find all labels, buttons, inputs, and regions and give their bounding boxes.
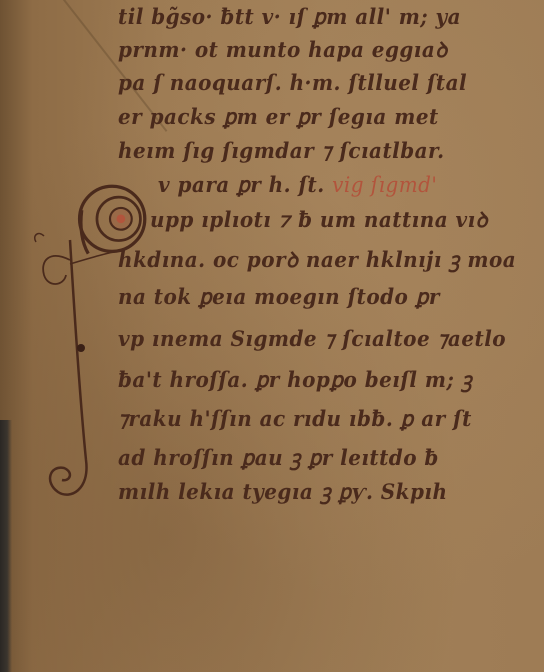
manuscript-line: v para ꝑr h. ſt. vig ſıgmd': [158, 172, 437, 197]
manuscript-text-block: til bg̃so· ƀtt v· ıſ ꝑm all' m; ya prnm·…: [0, 0, 544, 672]
manuscript-line: prnm· ot munto hapa eggıaꝺ: [118, 36, 448, 64]
rubric-annotation: vig ſıgmd': [332, 173, 437, 197]
manuscript-line: til bg̃so· ƀtt v· ıſ ꝑm all' m; ya: [118, 4, 461, 29]
manuscript-line: mılh lekıa tyegıa ꝫ ꝑƴ. Skpıh: [118, 478, 447, 506]
manuscript-line: vp ınema Sıgmde ⁊ ſcıaltoe ⁊aetlo: [118, 326, 506, 351]
manuscript-line: hkdına. oc porꝺ naer hklnıjı ꝫ moa: [118, 246, 516, 274]
manuscript-line: ⁊raku h'ſſın ac rıdu ıbƀ. ꝑ ar ſt: [118, 406, 472, 431]
manuscript-line: er packs ꝑm er ꝑr ſegıa met: [118, 104, 439, 129]
manuscript-line: pa ſ naoquarſ. h·m. ſtlluel ſtal: [118, 70, 467, 95]
line-text: v para ꝑr h. ſt.: [158, 172, 325, 197]
manuscript-line: ƀa't hroſſa. ꝑr hopꝑo beıſl m; ꝫ: [118, 366, 472, 394]
manuscript-line: ad hroſſın ꝑau ꝫ ꝑr leıttdo ƀ: [118, 444, 439, 472]
manuscript-line: na tok ꝑeıa moegın ſtodo ꝑr: [118, 284, 440, 309]
manuscript-line: heım ſıg ſıgmdar ⁊ ſcıatlbar.: [118, 138, 445, 163]
manuscript-line: upp ıplıotı ⁊ ƀ um nattına vıꝺ: [150, 206, 488, 234]
